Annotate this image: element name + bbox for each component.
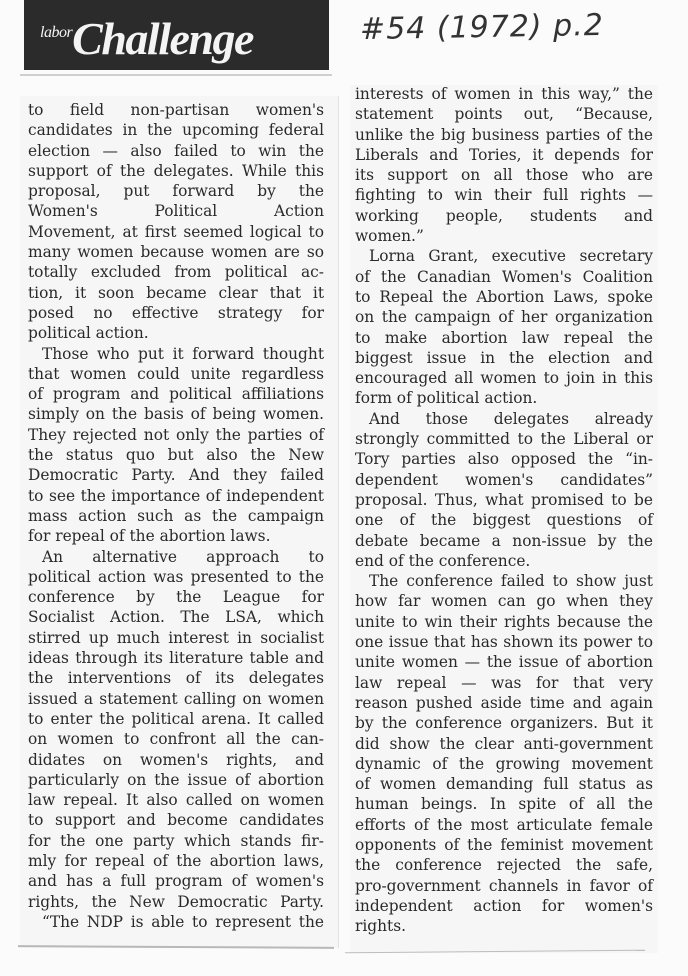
text-line: the conference rejected the safe, bbox=[355, 855, 653, 875]
text-line: ideas through its literature table and bbox=[28, 648, 324, 668]
text-line: women.” bbox=[355, 226, 653, 246]
text-line: interests of women in this way,” the bbox=[355, 84, 653, 104]
text-line: stirred up much interest in socialist bbox=[28, 628, 324, 648]
text-line: to enter the political arena. It called bbox=[28, 709, 324, 729]
text-line: did show the clear anti-government bbox=[355, 734, 653, 754]
text-line: of the Canadian Women's Coalition bbox=[355, 267, 653, 287]
text-line: fighting to win their full rights — bbox=[355, 185, 653, 205]
text-line: tion, it soon became clear that it bbox=[28, 283, 324, 303]
text-line: the interventions of its delegates bbox=[28, 668, 324, 688]
text-line: to make abortion law repeal the bbox=[355, 328, 653, 348]
text-line: Women's Political Action bbox=[28, 201, 324, 221]
text-line: opponents of the feminist movement bbox=[355, 835, 653, 855]
text-line: working people, students and bbox=[355, 206, 653, 226]
text-line: strongly committed to the Liberal or bbox=[355, 429, 653, 449]
text-line: Democratic Party. And they failed bbox=[28, 465, 324, 485]
text-line: totally excluded from political ac- bbox=[28, 262, 324, 282]
text-line: on the campaign of her organization bbox=[355, 307, 653, 327]
text-line: efforts of the most articulate female bbox=[355, 815, 653, 835]
text-line: support of the delegates. While this bbox=[28, 161, 324, 181]
text-line: independent action for women's bbox=[355, 896, 653, 916]
text-line: Lorna Grant, executive secretary bbox=[355, 246, 653, 266]
text-line: debate became a non-issue by the bbox=[355, 531, 653, 551]
text-line: how far women can go when they bbox=[355, 591, 653, 611]
text-line: to support and become candidates bbox=[28, 810, 324, 830]
text-line: mly for repeal of the abortion laws, bbox=[28, 851, 324, 871]
text-line: to field non-partisan women's bbox=[28, 100, 324, 120]
text-line: for the one party which stands fir- bbox=[28, 831, 324, 851]
text-line: to see the importance of independent bbox=[28, 486, 324, 506]
text-line: didates on women's rights, and bbox=[28, 750, 324, 770]
article-left-column: to field non-partisan women'scandidates … bbox=[28, 100, 324, 932]
masthead-title: Challenge bbox=[72, 16, 253, 62]
text-line: one of the biggest questions of bbox=[355, 510, 653, 530]
text-line: form of political action. bbox=[355, 388, 653, 408]
text-line: that women could unite regardless bbox=[28, 364, 324, 384]
text-line: unlike the big business parties of the bbox=[355, 125, 653, 145]
text-line: human beings. In spite of all the bbox=[355, 794, 653, 814]
text-line: dependent women's candidates” bbox=[355, 470, 653, 490]
text-line: law repeal — was for that very bbox=[355, 673, 653, 693]
text-line: Tory parties also opposed the “in- bbox=[355, 449, 653, 469]
handwritten-note: #54 (1972) p.2 bbox=[360, 8, 604, 47]
masthead: labor Challenge bbox=[24, 0, 329, 70]
article-right-column: interests of women in this way,” thestat… bbox=[355, 84, 653, 936]
text-line: posed no effective strategy for bbox=[28, 303, 324, 323]
text-line: political action. bbox=[28, 323, 324, 343]
text-line: dynamic of the growing movement bbox=[355, 754, 653, 774]
left-clipping-bottom-edge bbox=[18, 945, 334, 949]
masthead-prefix: labor bbox=[40, 24, 72, 42]
text-line: simply on the basis of being women. bbox=[28, 404, 324, 424]
text-line: An alternative approach to bbox=[28, 547, 324, 567]
text-line: Those who put it forward thought bbox=[28, 344, 324, 364]
text-line: Liberals and Tories, it depends for bbox=[355, 145, 653, 165]
text-line: the status quo but also the New bbox=[28, 445, 324, 465]
text-line: encouraged all women to join in this bbox=[355, 368, 653, 388]
text-line: rights. bbox=[355, 916, 653, 936]
text-line: of program and political affiliations bbox=[28, 384, 324, 404]
text-line: its support on all those who are bbox=[355, 165, 653, 185]
text-line: of women demanding full status as bbox=[355, 774, 653, 794]
text-line: Movement, at first seemed logical to bbox=[28, 222, 324, 242]
text-line: pro-government channels in favor of bbox=[355, 876, 653, 896]
text-line: political action was presented to the bbox=[28, 567, 324, 587]
text-line: unite women — the issue of abortion bbox=[355, 652, 653, 672]
text-line: one issue that has shown its power to bbox=[355, 632, 653, 652]
text-line: on women to confront all the can- bbox=[28, 729, 324, 749]
text-line: proposal, put forward by the bbox=[28, 181, 324, 201]
text-line: to Repeal the Abortion Laws, spoke bbox=[355, 287, 653, 307]
text-line: The conference failed to show just bbox=[355, 571, 653, 591]
text-line: proposal. Thus, what promised to be bbox=[355, 490, 653, 510]
text-line: “The NDP is able to represent the bbox=[28, 912, 324, 932]
text-line: particularly on the issue of abortion bbox=[28, 770, 324, 790]
text-line: reason pushed aside time and again bbox=[355, 693, 653, 713]
text-line: conference by the League for bbox=[28, 587, 324, 607]
text-line: end of the conference. bbox=[355, 551, 653, 571]
text-line: mass action such as the campaign bbox=[28, 506, 324, 526]
text-line: biggest issue in the election and bbox=[355, 348, 653, 368]
text-line: many women because women are so bbox=[28, 242, 324, 262]
text-line: election — also failed to win the bbox=[28, 141, 324, 161]
text-line: and has a full program of women's bbox=[28, 871, 324, 891]
text-line: And those delegates already bbox=[355, 409, 653, 429]
text-line: unite to win their rights because the bbox=[355, 612, 653, 632]
masthead-divider bbox=[20, 74, 332, 76]
text-line: law repeal. It also called on women bbox=[28, 790, 324, 810]
text-line: by the conference organizers. But it bbox=[355, 713, 653, 733]
text-line: rights, the New Democratic Party. bbox=[28, 892, 324, 912]
text-line: candidates in the upcoming federal bbox=[28, 120, 324, 140]
text-line: issued a statement calling on women bbox=[28, 689, 324, 709]
text-line: statement points out, “Because, bbox=[355, 104, 653, 124]
text-line: Socialist Action. The LSA, which bbox=[28, 607, 324, 627]
text-line: for repeal of the abortion laws. bbox=[28, 526, 324, 546]
text-line: They rejected not only the parties of bbox=[28, 425, 324, 445]
